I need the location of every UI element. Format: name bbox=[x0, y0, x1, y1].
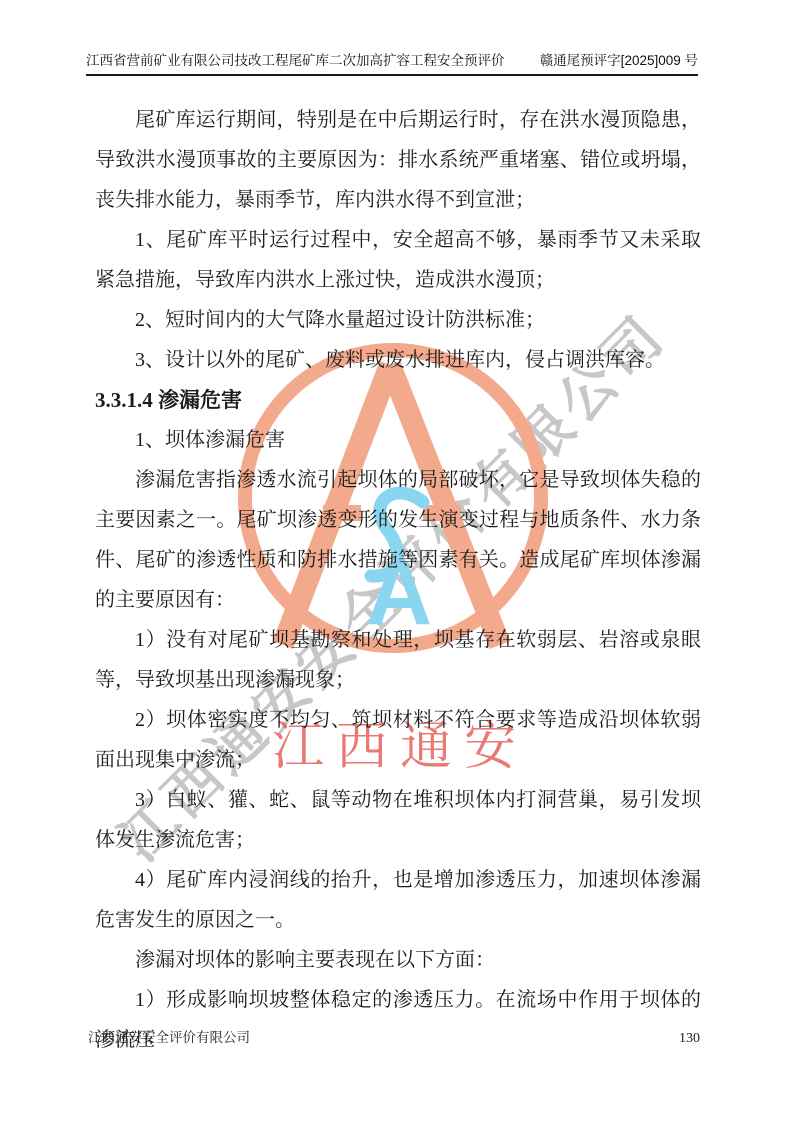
paragraph: 1）没有对尾矿坝基勘察和处理，坝基存在软弱层、岩溶或泉眼等，导致坝基出现渗漏现象… bbox=[95, 620, 701, 700]
header-report-title: 江西省营前矿业有限公司技改工程尾矿库二次加高扩容工程安全预评价 bbox=[86, 52, 505, 70]
paragraph: 3、设计以外的尾矿、废料或废水排进库内，侵占调洪库容。 bbox=[95, 340, 701, 380]
document-body: 尾矿库运行期间，特别是在中后期运行时，存在洪水漫顶隐患，导致洪水漫顶事故的主要原… bbox=[95, 100, 701, 1060]
paragraph: 3）白蚁、獾、蛇、鼠等动物在堆积坝体内打洞营巢，易引发坝体发生渗流危害； bbox=[95, 780, 701, 860]
paragraph: 1）形成影响坝坡整体稳定的渗透压力。在流场中作用于坝体的渗流压 bbox=[95, 980, 701, 1060]
paragraph: 渗漏危害指渗透水流引起坝体的局部破坏，它是导致坝体失稳的主要因素之一。尾矿坝渗透… bbox=[95, 460, 701, 620]
paragraph: 2、短时间内的大气降水量超过设计防洪标准； bbox=[95, 300, 701, 340]
section-heading: 3.3.1.4 渗漏危害 bbox=[95, 380, 701, 420]
paragraph: 2）坝体密实度不均匀、筑坝材料不符合要求等造成沿坝体软弱面出现集中渗流； bbox=[95, 700, 701, 780]
paragraph: 渗漏对坝体的影响主要表现在以下方面： bbox=[95, 940, 701, 980]
paragraph: 4）尾矿库内浸润线的抬升，也是增加渗透压力，加速坝体渗漏危害发生的原因之一。 bbox=[95, 860, 701, 940]
paragraph: 尾矿库运行期间，特别是在中后期运行时，存在洪水漫顶隐患，导致洪水漫顶事故的主要原… bbox=[95, 100, 701, 220]
paragraph: 1、坝体渗漏危害 bbox=[95, 420, 701, 460]
header-doc-number: 赣通尾预评字[2025]009 号 bbox=[540, 52, 698, 70]
page-header: 江西省营前矿业有限公司技改工程尾矿库二次加高扩容工程安全预评价 赣通尾预评字[2… bbox=[86, 52, 698, 76]
paragraph: 1、尾矿库平时运行过程中，安全超高不够，暴雨季节又未采取紧急措施，导致库内洪水上… bbox=[95, 220, 701, 300]
document-page: 江西通安安全评价有限公司 A 江西通安 江西省营前矿业有限公司技改工程尾矿库二次… bbox=[0, 0, 793, 1122]
